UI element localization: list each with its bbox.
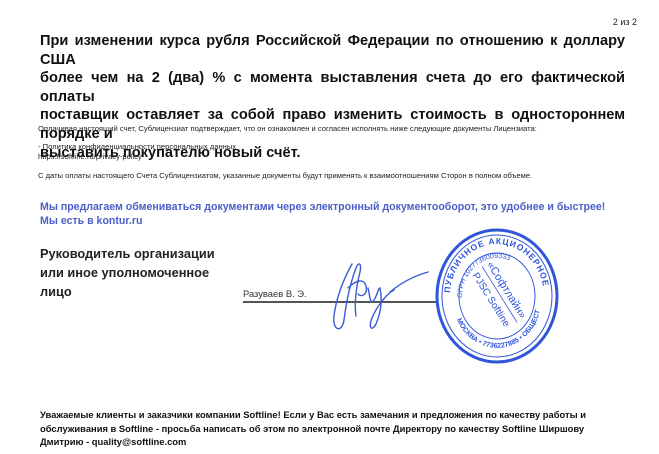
quality-feedback-note: Уважаемые клиенты и заказчики компании S… xyxy=(40,408,630,449)
privacy-policy-link[interactable]: https://softline.ru/privacy-policy xyxy=(38,152,142,162)
page-indicator: 2 из 2 xyxy=(613,17,637,27)
company-stamp: ПУБЛИЧНОЕ АКЦИОНЕРНОЕ ОГРН 1027736009333… xyxy=(432,226,562,366)
clause-line: При изменении курса рубля Российской Фед… xyxy=(40,32,625,69)
edo-promo: Мы предлагаем обмениваться документами ч… xyxy=(40,201,605,228)
signer-title-line: лицо xyxy=(40,282,215,301)
document-title: - Политика конфиденциальности персональн… xyxy=(38,142,236,152)
handwritten-signature xyxy=(322,258,432,338)
signer-title-line: или иное уполномоченное xyxy=(40,263,215,282)
edo-promo-line: Мы предлагаем обмениваться документами ч… xyxy=(40,201,605,215)
applicability-text: С даты оплаты настоящего Счета Сублиценз… xyxy=(38,171,532,181)
signer-title-line: Руководитель организации xyxy=(40,244,215,263)
signer-title: Руководитель организации или иное уполно… xyxy=(40,244,215,301)
signer-name: Разуваев В. Э. xyxy=(243,288,307,299)
clause-line: более чем на 2 (два) % с момента выставл… xyxy=(40,69,625,106)
acknowledgement-intro: Оплачивая настоящий счет, Сублицензиат п… xyxy=(38,124,537,134)
